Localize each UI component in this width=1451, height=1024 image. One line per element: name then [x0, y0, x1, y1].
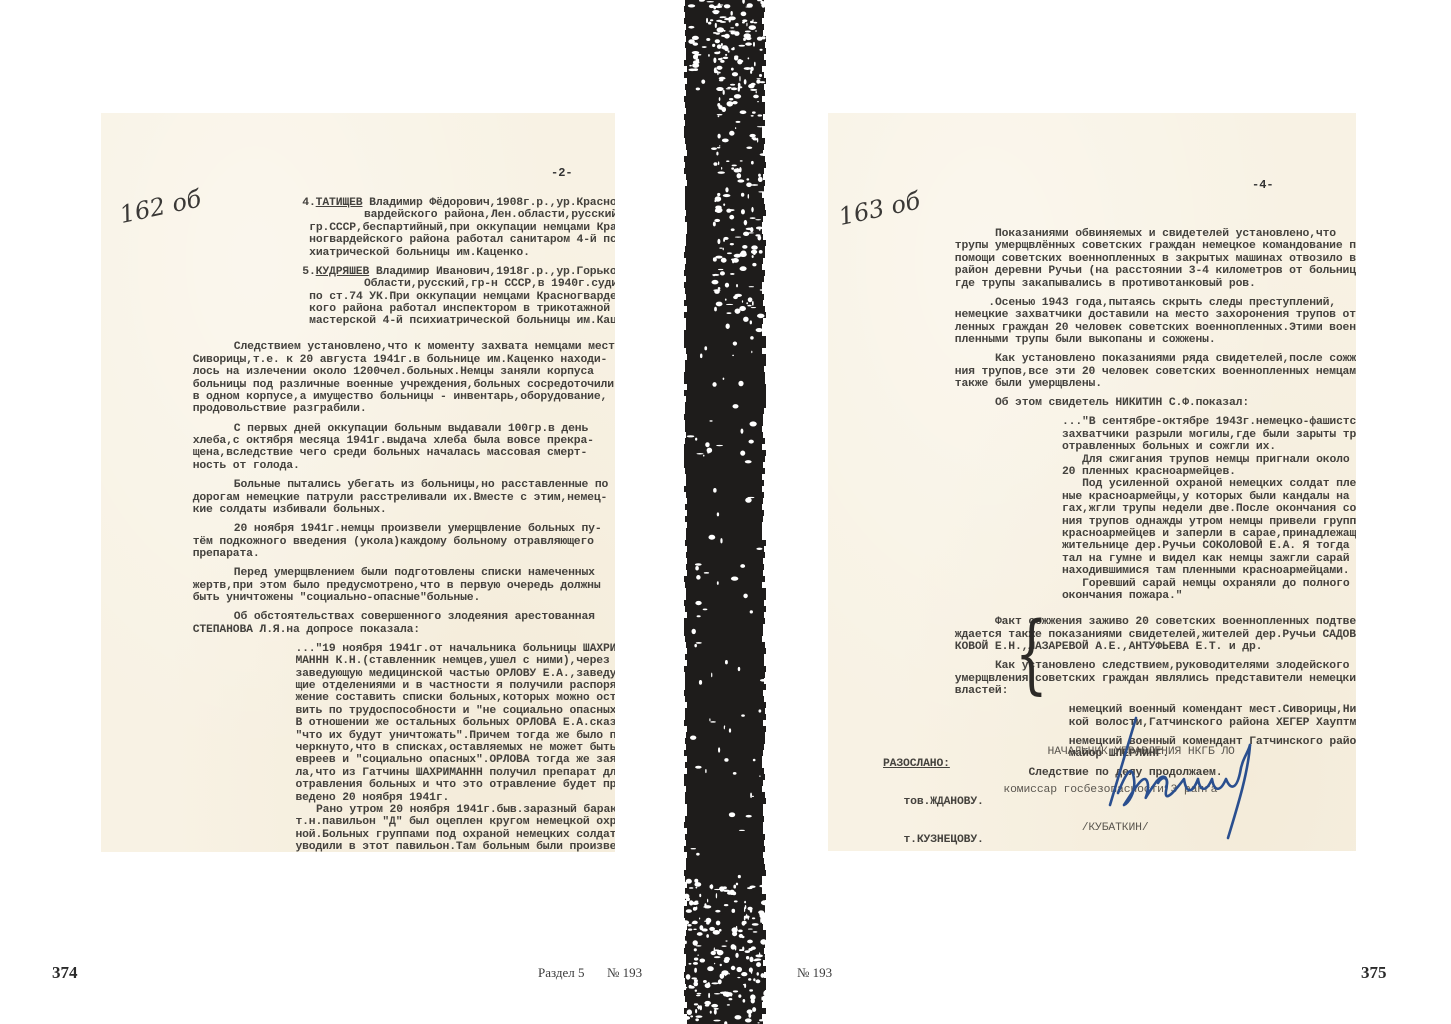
typed-line: т.н.павильон "Д" был оцеплен кругом неме… — [295, 816, 615, 829]
typed-line: пленными трупы были выкопаны и сожжены. — [955, 334, 1216, 347]
typed-line: щена,вследствие чего среди больных начал… — [193, 447, 587, 460]
typed-line: лось на излечении около 1200чел.больных.… — [193, 366, 594, 379]
typed-line: евреев и "социально опасных".ОРЛОВА тогд… — [295, 754, 615, 767]
typed-line: КОВОЙ Е.Н.,ЛАЗАРЕВОЙ А.Е.,АНТУФЬЕВА Е.Т.… — [955, 641, 1263, 654]
typed-line: трупы умерщвлённых советских граждан нем… — [955, 240, 1356, 253]
typed-line: кие солдаты избивали больных. — [193, 504, 387, 517]
typed-line: черкнуто,что в списках,оставляемых не мо… — [295, 742, 615, 755]
typed-line: ведено 20 ноября 1941г. — [295, 792, 449, 805]
typed-line: отравления больных и что это отравление … — [295, 779, 615, 792]
typed-line: Следствием установлено,что к моменту зах… — [234, 341, 615, 354]
typed-line: Области,русский,гр-н СССР,в 1940г.судим — [364, 278, 615, 291]
typed-line: С первых дней оккупации больным выдавали… — [234, 423, 588, 436]
document-number-left: № 193 — [607, 965, 642, 981]
typed-line: Перед умерщвлением были подготовлены спи… — [234, 567, 595, 580]
typed-line: заведующую медицинской частью ОРЛОВУ Е.А… — [295, 668, 615, 681]
typed-line: отравленных больных и сожгли их. — [1062, 441, 1276, 454]
typed-line: также были умерщвлены. — [955, 378, 1102, 391]
typed-line: где трупы закапывались в противотанковый… — [955, 278, 1256, 291]
typed-line: тём подкожного введения (укола)каждому б… — [193, 536, 594, 549]
typed-line: жительнице дер.Ручьи СОКОЛОВОЙ Е.А. Я то… — [1062, 540, 1356, 553]
typed-line: ..."19 ноября 1941г.от начальника больни… — [295, 643, 615, 656]
scanned-document-right: 163 об -4- Показаниями обвиняемых и свид… — [828, 113, 1356, 851]
section-label: Раздел 5 — [538, 965, 585, 981]
typed-line: находившимися там пленными красноармейца… — [1062, 565, 1349, 578]
typed-line: В отношении же остальных больных ОРЛОВА … — [295, 717, 615, 730]
curly-brace-mark: { — [1015, 611, 1048, 697]
typed-line: быть уничтожены "социально-опасные"больн… — [193, 592, 480, 605]
typed-line: окончания пожара." — [1062, 590, 1182, 603]
typed-line: вить по трудоспособности и "не социально… — [295, 705, 615, 718]
typed-line: 20 ноября 1941г.немцы произвели умерщвле… — [234, 523, 602, 536]
typed-line: властей: — [955, 685, 1008, 698]
right-page-number: 375 — [1361, 963, 1387, 983]
typed-line: немецкие захватчики доставили на место з… — [955, 309, 1356, 322]
typed-line: Факт сожжения заживо 20 советских военно… — [995, 616, 1356, 629]
typed-line: Сиворицы,т.е. к 20 августа 1941г.в больн… — [193, 354, 608, 367]
typed-line: дорогам немецкие патрули расстреливали и… — [193, 492, 608, 505]
typed-line: "что их будут уничтожать".Причем тогда ж… — [295, 730, 615, 743]
typed-line: ния трупов однажды утром немцы привели г… — [1062, 516, 1356, 529]
typed-line: МАННН К.Н.(ставленник немцев,ушел с ними… — [295, 655, 609, 668]
typed-line: жение составить списки больных,которых м… — [295, 692, 615, 705]
typed-line: уводили в этот павильон.Там больным были… — [295, 841, 615, 852]
typed-line: продовольствие разграбили. — [193, 403, 367, 416]
typed-line: кого района работал инспектором в трикот… — [309, 303, 610, 316]
typed-line: 4.ТАТИЩЕВ Владимир Фёдорович,1908г.р.,ур… — [302, 197, 615, 210]
typed-line: ной.Больных группами под охраной немецки… — [295, 829, 615, 842]
typed-line: 20 пленных красноармейцев. — [1062, 466, 1236, 479]
typed-line: Показаниями обвиняемых и свидетелей уста… — [995, 228, 1336, 241]
typed-line: мастерской 4-й психиатрической больницы … — [309, 315, 615, 328]
recipient: т.КУЗНЕЦОВУ. — [883, 834, 990, 847]
typed-line: ..."В сентябре-октябре 1943г.немецко-фаш… — [1062, 416, 1356, 429]
typed-line: вардейского района,Лен.области,русский, — [364, 209, 615, 222]
typed-line: Больные пытались убегать из больницы,но … — [234, 479, 608, 492]
typed-line: Под усиленной охраной немецких солдат пл… — [1082, 478, 1356, 491]
typed-line: гр.СССР,беспартийный,при оккупации немца… — [309, 222, 615, 235]
typed-line: район деревни Ручьи (на расстоянии 3-4 к… — [955, 265, 1356, 278]
typed-line: ленных граждан 20 человек советских воен… — [955, 322, 1356, 335]
typed-line: Для сжигания трупов немцы пригнали около — [1082, 454, 1349, 467]
archive-folio-mark: 162 об — [117, 184, 204, 229]
typed-line: гах,жгли трупы недели две.После окончани… — [1062, 503, 1356, 516]
left-page-number: 374 — [52, 963, 78, 983]
typed-line: Об этом свидетель НИКИТИН С.Ф.показал: — [995, 397, 1249, 410]
typed-line: ность от голода. — [193, 460, 300, 473]
handwritten-signature — [1088, 713, 1278, 843]
typed-line: Рано утром 20 ноября 1941г.быв.заразный … — [316, 804, 615, 817]
typed-line: жертв,при этом было предусмотрено,что в … — [193, 580, 601, 593]
typed-line: ные красноармейцы,у которых были кандалы… — [1062, 491, 1356, 504]
typed-line: .Осенью 1943 года,пытаясь скрыть следы п… — [988, 297, 1336, 310]
torn-black-spine-decoration — [684, 0, 766, 1024]
typed-line: больницы под различные военные учреждени… — [193, 379, 614, 392]
typed-line: Об обстоятельствах совершенного злодеяни… — [234, 611, 595, 624]
typed-line: препарата. — [193, 548, 260, 561]
typed-line: Как установлено следствием,руководителям… — [995, 660, 1349, 673]
typed-line: по ст.74 УК.При оккупации немцами Красно… — [309, 291, 615, 304]
archive-folio-mark: 163 об — [836, 186, 923, 231]
recipient: тов.ЖДАНОВУ. — [883, 796, 990, 809]
typed-line: СТЕПАНОВА Л.Я.на допросе показала: — [193, 624, 420, 637]
typed-line: помощи советских военнопленных в закрыты… — [955, 253, 1356, 266]
typed-line: ла,что из Гатчины ШАХРИМАННН получил пре… — [295, 767, 615, 780]
document-page-marker: -2- — [551, 166, 573, 180]
typed-line: ногвардейского района работал санитаром … — [309, 234, 615, 247]
typed-line: хиатрической больницы им.Каценко. — [309, 247, 530, 260]
distribution-block: РАЗОСЛАНО: тов.ЖДАНОВУ. т.КУЗНЕЦОВУ. тов… — [883, 733, 990, 851]
scanned-document-left: 162 об -2- 4.ТАТИЩЕВ Владимир Фёдорович,… — [101, 113, 615, 852]
typed-line: красноармейцев и заперли в сарае,принадл… — [1062, 528, 1356, 541]
distribution-heading: РАЗОСЛАНО: — [883, 758, 990, 771]
typed-line: Горевший сарай немцы охраняли до полного — [1082, 578, 1349, 591]
typed-line: Как установлено показаниями ряда свидете… — [995, 353, 1356, 366]
typed-line: щие отделениями и в частности я получили… — [295, 680, 615, 693]
typed-line: хлеба,с октября месяца 1941г.выдача хлеб… — [193, 435, 594, 448]
document-page-marker: -4- — [1252, 178, 1274, 192]
typed-line: ния трупов,все эти 20 человек советских … — [955, 366, 1356, 379]
typed-line: 5.КУДРЯШЕВ Владимир Иванович,1918г.р.,ур… — [302, 266, 615, 279]
typed-line: в одном корпусе,а имущество больницы - и… — [193, 391, 608, 404]
typed-line: захватчики разрыли могилы,где были зарыт… — [1062, 429, 1356, 442]
typed-line: тал на гумне и видел как немцы зажгли са… — [1062, 553, 1356, 566]
document-number-right: № 193 — [797, 965, 832, 981]
